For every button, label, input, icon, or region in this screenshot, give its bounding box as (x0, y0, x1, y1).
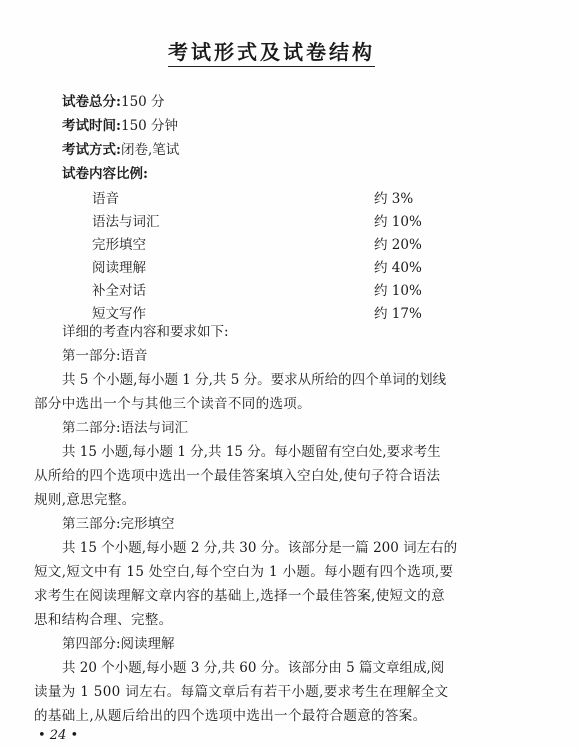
ratio-row: 补全对话约 10% (92, 279, 432, 299)
section-heading: 第一部分:语音 (62, 346, 148, 366)
section-heading: 第四部分:阅读理解 (62, 634, 175, 654)
section-paragraph-line: 从所给的四个选项中选出一个最佳答案填入空白处,使句子符合语法 (34, 466, 440, 486)
ratio-row: 阅读理解约 40% (92, 256, 432, 276)
ratio-row: 语法与词汇约 10% (92, 210, 432, 230)
meta-exam-mode: 考试方式:闭卷,笔试 (62, 140, 179, 160)
section-heading: 第三部分:完形填空 (62, 514, 175, 534)
section-paragraph-line: 共 5 个小题,每小题 1 分,共 5 分。要求从所给的四个单词的划线 (62, 370, 446, 390)
ratio-row: 完形填空约 20% (92, 233, 432, 253)
meta-exam-time: 考试时间:150 分钟 (62, 116, 178, 136)
ratio-row: 短文写作约 17% (92, 302, 432, 322)
section-paragraph-line: 共 15 个小题,每小题 2 分,共 30 分。该部分是一篇 200 词左右的 (62, 538, 457, 558)
meta-content-ratio: 试卷内容比例: (62, 164, 148, 184)
ratio-row: 语音约 3% (92, 187, 432, 207)
section-paragraph-line: 部分中选出一个与其他三个读音不同的选项。 (34, 394, 311, 414)
section-paragraph-line: 共 15 小题,每小题 1 分,共 15 分。每小题留有空白处,要求考生 (62, 442, 441, 462)
section-paragraph-line: 共 20 个小题,每小题 3 分,共 60 分。该部分由 5 篇文章组成,阅 (62, 658, 444, 678)
section-paragraph-line: 思和结构合理、完整。 (34, 610, 173, 630)
meta-total-score: 试卷总分:150 分 (62, 92, 165, 112)
section-paragraph-line: 的基础上,从题后给出的四个选项中选出一个最符合题意的答案。 (34, 706, 426, 726)
section-heading: 第二部分:语法与词汇 (62, 418, 188, 438)
section-paragraph-line: 规则,意思完整。 (34, 490, 136, 510)
section-paragraph-line: 读量为 1 500 词左右。每篇文章后有若干小题,要求考生在理解全文 (34, 682, 448, 702)
intro-text: 详细的考查内容和要求如下: (62, 322, 229, 342)
page-number: • 24 • (38, 728, 78, 743)
section-paragraph-line: 求考生在阅读理解文章内容的基础上,选择一个最佳答案,使短文的意 (34, 586, 445, 606)
section-paragraph-line: 短文,短文中有 15 处空白,每个空白为 1 小题。每小题有四个选项,要 (34, 562, 453, 582)
page-title: 考试形式及试卷结构 (168, 40, 375, 67)
